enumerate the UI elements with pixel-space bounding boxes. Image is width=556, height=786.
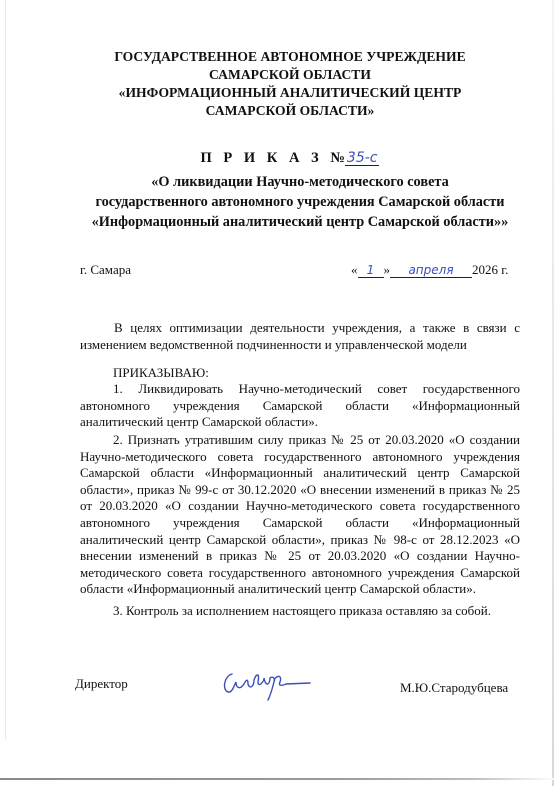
order-item-2: 2. Признать утратившим силу приказ № 25 … <box>80 432 520 598</box>
org-line: САМАРСКОЙ ОБЛАСТИ» <box>100 102 480 120</box>
order-item-3: 3. Контроль за исполнением настоящего пр… <box>80 603 520 620</box>
org-line: САМАРСКОЙ ОБЛАСТИ <box>100 66 480 84</box>
order-title-line: государственного автономного учреждения … <box>60 192 540 212</box>
page-right-edge <box>552 0 554 786</box>
order-date: «1»апреля2026 г. <box>351 262 508 278</box>
intro-paragraph: В целях оптимизации деятельности учрежде… <box>80 320 520 353</box>
order-heading: П Р И К А З №35-с <box>0 150 556 167</box>
date-year: 2026 г. <box>472 262 508 277</box>
order-title-line: «Информационный аналитический центр Сама… <box>60 212 540 232</box>
date-month-handwritten: апреля <box>390 264 472 278</box>
organization-header: ГОСУДАРСТВЕННОЕ АВТОНОМНОЕ УЧРЕЖДЕНИЕ СА… <box>100 48 480 120</box>
command-word: ПРИКАЗЫВАЮ: <box>113 365 209 381</box>
order-number-handwritten: 35-с <box>345 151 380 166</box>
city: г. Самара <box>80 262 131 278</box>
signatory-name: М.Ю.Стародубцева <box>400 680 508 696</box>
order-title-line: «О ликвидации Научно-методического совет… <box>60 172 540 192</box>
order-heading-text: П Р И К А З <box>201 150 323 166</box>
page-left-edge <box>5 0 6 740</box>
org-line: «ИНФОРМАЦИОННЫЙ АНАЛИТИЧЕСКИЙ ЦЕНТР <box>100 84 480 102</box>
handwritten-signature-icon <box>218 664 318 704</box>
signatory-role: Директор <box>75 676 128 692</box>
page-bottom-edge <box>0 778 556 780</box>
number-sign: № <box>330 150 345 166</box>
order-title: «О ликвидации Научно-методического совет… <box>60 172 540 232</box>
org-line: ГОСУДАРСТВЕННОЕ АВТОНОМНОЕ УЧРЕЖДЕНИЕ <box>100 48 480 66</box>
order-item-1: 1. Ликвидировать Научно-методический сов… <box>80 381 520 431</box>
date-day-handwritten: 1 <box>358 264 384 278</box>
